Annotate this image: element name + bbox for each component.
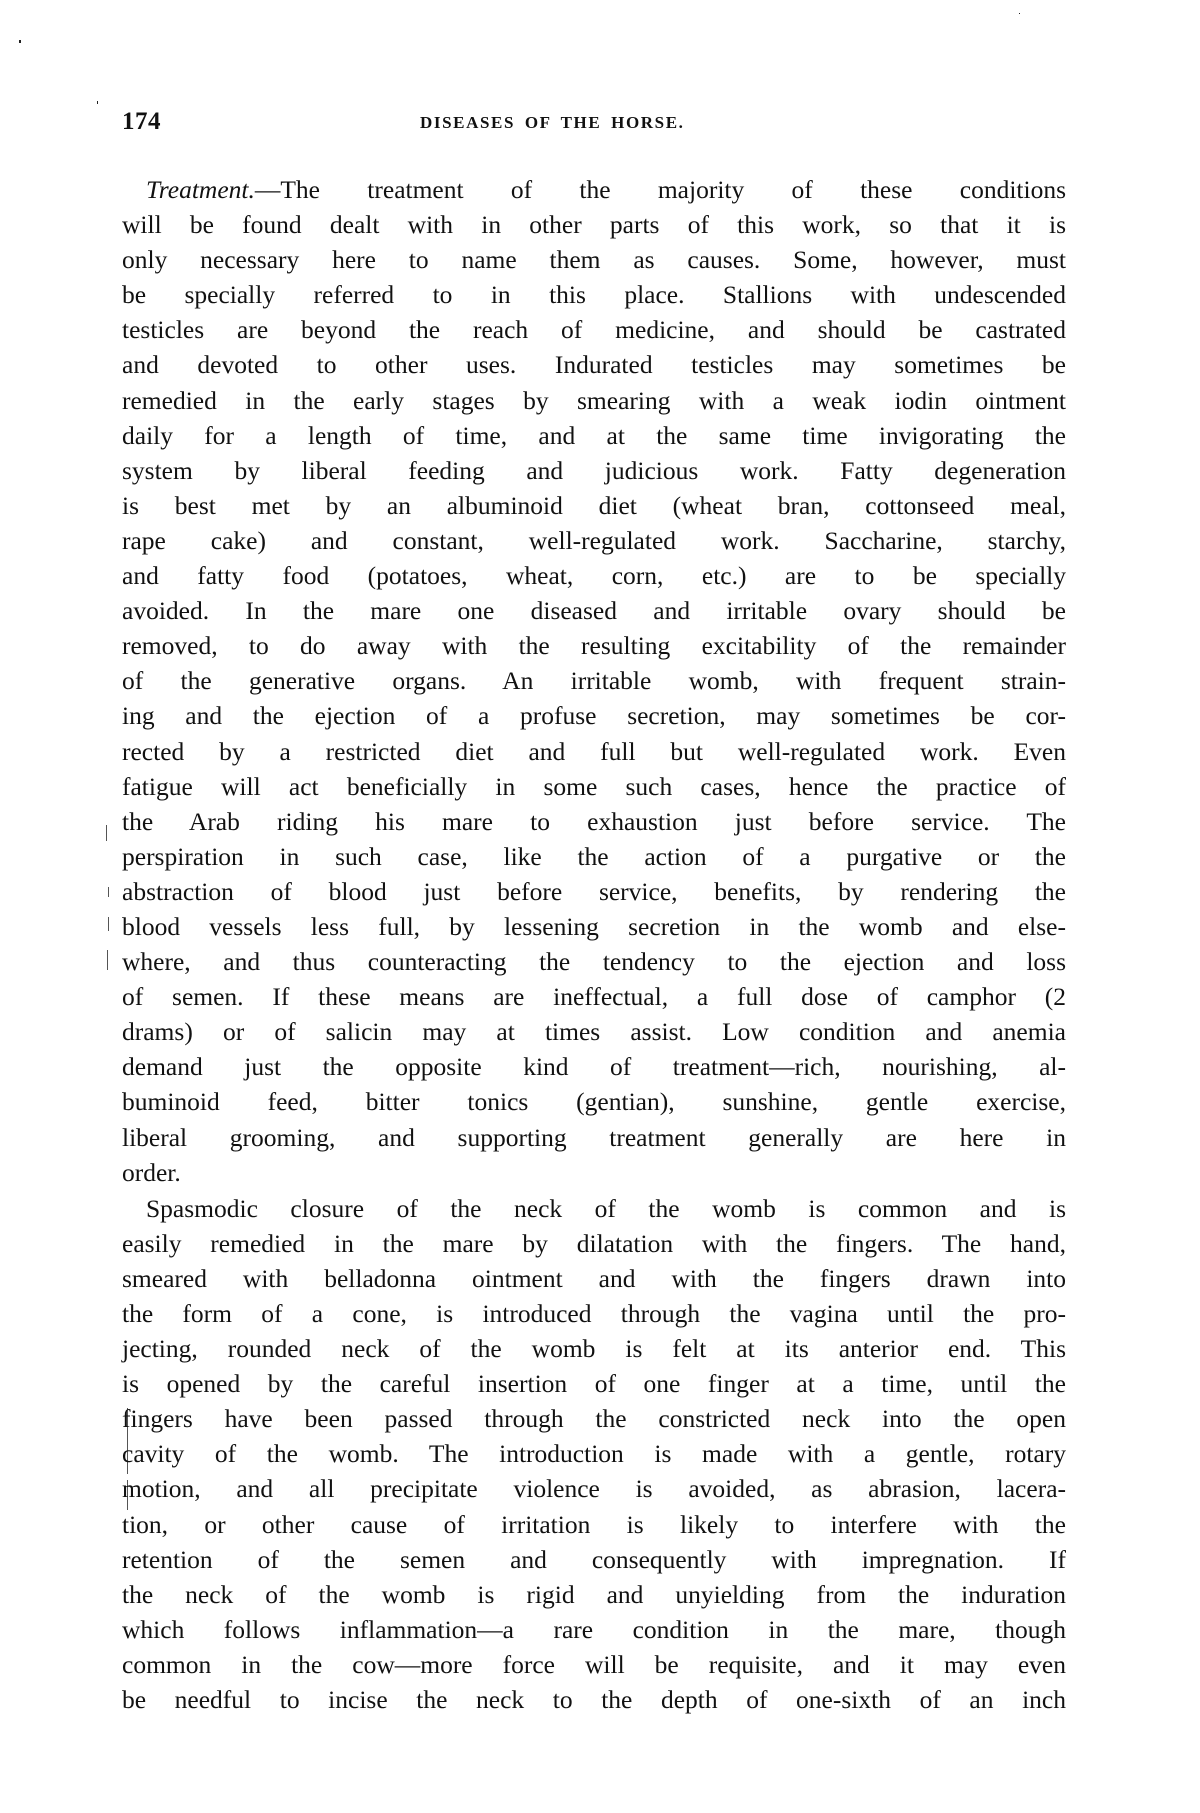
text-line: is best met by an albuminoid diet (wheat… — [122, 488, 1066, 523]
body-text: Treatment.—The treatment of the majority… — [122, 172, 1066, 1717]
text-line: Spasmodic closure of the neck of the wom… — [122, 1191, 1066, 1226]
text-line: be specially referred to in this place. … — [122, 277, 1066, 312]
text-line: order. — [122, 1155, 1066, 1190]
scan-speck — [19, 40, 21, 43]
text-line: ing and the ejection of a profuse secret… — [122, 698, 1066, 733]
scan-margin-mark — [108, 917, 109, 931]
text-line: retention of the semen and consequently … — [122, 1542, 1066, 1577]
running-title: DISEASES OF THE HORSE. — [420, 113, 685, 133]
text-line: Treatment.—The treatment of the majority… — [122, 172, 1066, 207]
scan-margin-mark — [108, 887, 109, 897]
book-page: 174 DISEASES OF THE HORSE. Treatment.—Th… — [0, 0, 1200, 1813]
text-line: of semen. If these means are ineffectual… — [122, 979, 1066, 1014]
scan-margin-mark — [106, 825, 107, 841]
text-line: perspiration in such case, like the acti… — [122, 839, 1066, 874]
text-line: fatigue will act beneficially in some su… — [122, 769, 1066, 804]
text-line: removed, to do away with the resulting e… — [122, 628, 1066, 663]
text-line: will be found dealt with in other parts … — [122, 207, 1066, 242]
page-number: 174 — [122, 108, 161, 136]
text-line: system by liberal feeding and judicious … — [122, 453, 1066, 488]
text-line: the neck of the womb is rigid and unyiel… — [122, 1577, 1066, 1612]
running-head: 174 DISEASES OF THE HORSE. — [122, 108, 1065, 140]
text-line: tion, or other cause of irritation is li… — [122, 1507, 1066, 1542]
text-line: of the generative organs. An irritable w… — [122, 663, 1066, 698]
paragraph-treatment: Treatment.—The treatment of the majority… — [122, 172, 1066, 1190]
text-line: the Arab riding his mare to exhaustion j… — [122, 804, 1066, 839]
paragraph-spasmodic-closure: Spasmodic closure of the neck of the wom… — [122, 1191, 1066, 1717]
scan-speck — [1019, 13, 1020, 14]
text-line: testicles are beyond the reach of medici… — [122, 312, 1066, 347]
text-line: jecting, rounded neck of the womb is fel… — [122, 1331, 1066, 1366]
text-line: is opened by the careful insertion of on… — [122, 1366, 1066, 1401]
scan-speck — [97, 101, 98, 104]
run-in-heading: Treatment. — [146, 175, 255, 204]
text-line: remedied in the early stages by smearing… — [122, 383, 1066, 418]
text-line: fingers have been passed through the con… — [122, 1401, 1066, 1436]
scan-margin-mark — [107, 950, 108, 970]
text-line: daily for a length of time, and at the s… — [122, 418, 1066, 453]
text-line: drams) or of salicin may at times assist… — [122, 1014, 1066, 1049]
text-line: abstraction of blood just before service… — [122, 874, 1066, 909]
text-line: blood vessels less full, by lessening se… — [122, 909, 1066, 944]
text-line: rected by a restricted diet and full but… — [122, 734, 1066, 769]
text-line: avoided. In the mare one diseased and ir… — [122, 593, 1066, 628]
text-line: easily remedied in the mare by dilatatio… — [122, 1226, 1066, 1261]
text-line: which follows inflammation—a rare condit… — [122, 1612, 1066, 1647]
text-line: demand just the opposite kind of treatme… — [122, 1049, 1066, 1084]
text-line: liberal grooming, and supporting treatme… — [122, 1120, 1066, 1155]
text-line: and devoted to other uses. Indurated tes… — [122, 347, 1066, 382]
text-line: and fatty food (potatoes, wheat, corn, e… — [122, 558, 1066, 593]
text-line: motion, and all precipitate violence is … — [122, 1471, 1066, 1506]
text-line: where, and thus counteracting the tenden… — [122, 944, 1066, 979]
text-line: cavity of the womb. The introduction is … — [122, 1436, 1066, 1471]
text-line: rape cake) and constant, well-regulated … — [122, 523, 1066, 558]
text-line: the form of a cone, is introduced throug… — [122, 1296, 1066, 1331]
text-line: buminoid feed, bitter tonics (gentian), … — [122, 1084, 1066, 1119]
text-line: common in the cow—more force will be req… — [122, 1647, 1066, 1682]
text-line: smeared with belladonna ointment and wit… — [122, 1261, 1066, 1296]
text-line: be needful to incise the neck to the dep… — [122, 1682, 1066, 1717]
text-line: only necessary here to name them as caus… — [122, 242, 1066, 277]
